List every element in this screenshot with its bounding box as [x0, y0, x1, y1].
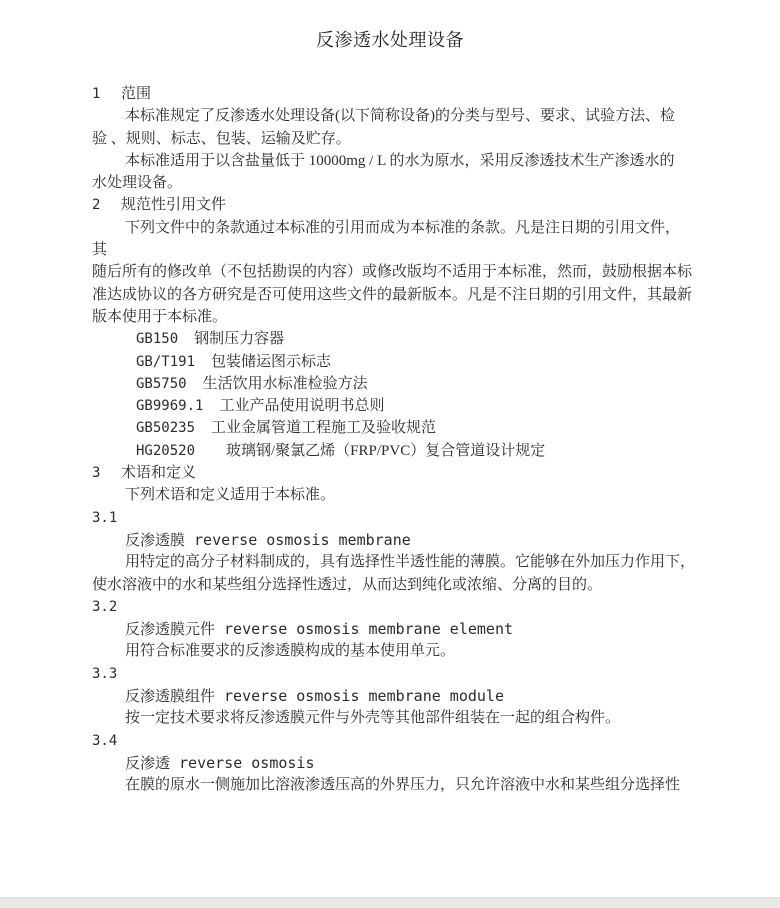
page-bottom-edge: [0, 897, 780, 908]
document-page: 反渗透水处理设备 1范围 本标准规定了反渗透水处理设备(以下简称设备)的分类与型…: [0, 0, 780, 908]
term-zh: 反渗透膜元件: [125, 622, 215, 638]
term-title: 反渗透膜元件reverse osmosis membrane element: [92, 618, 694, 640]
term-zh: 反渗透膜: [125, 533, 185, 549]
reference-code: GB9969.1: [136, 398, 203, 414]
paragraph-line: 下列术语和定义适用于本标准。: [92, 484, 694, 506]
term-zh: 反渗透: [125, 756, 170, 772]
reference-code: HG20520: [136, 443, 195, 459]
section-3-title: 术语和定义: [121, 465, 196, 481]
term-en: reverse osmosis membrane element: [224, 620, 513, 638]
section-3-heading: 3术语和定义: [92, 462, 694, 484]
term-number: 3.3: [92, 663, 694, 685]
section-1-title: 范围: [121, 86, 151, 102]
paragraph-line: 下列文件中的条款通过本标准的引用而成为本标准的条款。凡是注日期的引用文件，: [92, 217, 694, 239]
reference-name: 包装储运图示标志: [211, 354, 331, 370]
paragraph-line: 验 、规则、标志、包装、运输及贮存。: [92, 128, 694, 150]
paragraph-line: 本标准规定了反渗透水处理设备(以下简称设备)的分类与型号、要求、试验方法、检: [92, 105, 694, 127]
reference-item: GB/T191包装储运图示标志: [92, 351, 694, 373]
definition-line: 按一定技术要求将反渗透膜元件与外壳等其他部件组装在一起的组合构件。: [92, 707, 694, 729]
definition-line: 使水溶液中的水和某些组分选择性透过，从而达到纯化或浓缩、分离的目的。: [92, 574, 694, 596]
reference-item: HG20520 玻璃钢/聚氯乙烯（FRP/PVC）复合管道设计规定: [92, 440, 694, 462]
term-title: 反渗透reverse osmosis: [92, 752, 694, 774]
term-title: 反渗透膜组件reverse osmosis membrane module: [92, 685, 694, 707]
reference-code: GB5750: [136, 376, 187, 392]
paragraph-line: 版本使用于本标准。: [92, 306, 694, 328]
section-1-number: 1: [92, 83, 121, 105]
definition-line: 在膜的原水一侧施加比溶液渗透压高的外界压力，只允许溶液中水和某些组分选择性: [92, 774, 694, 796]
term-number: 3.4: [92, 730, 694, 752]
reference-code: GB150: [136, 331, 178, 347]
paragraph-line: 随后所有的修改单（不包括勘误的内容）或修改版均不适用于本标准，然而，鼓励根据本标: [92, 261, 694, 283]
section-2-number: 2: [92, 194, 121, 216]
reference-name: 工业产品使用说明书总则: [219, 398, 384, 414]
term-en: reverse osmosis membrane: [194, 531, 411, 549]
reference-name: 玻璃钢/聚氯乙烯（FRP/PVC）复合管道设计规定: [211, 443, 545, 459]
term-en: reverse osmosis: [179, 754, 314, 772]
paragraph-line: 准达成协议的各方研究是否可使用这些文件的最新版本。凡是不注日期的引用文件，其最新: [92, 284, 694, 306]
paragraph-line: 水处理设备。: [92, 172, 694, 194]
term-en: reverse osmosis membrane module: [224, 687, 504, 705]
term-number: 3.1: [92, 507, 694, 529]
paragraph-line: 其: [92, 239, 694, 261]
section-2-title: 规范性引用文件: [121, 197, 226, 213]
reference-item: GB150钢制压力容器: [92, 328, 694, 350]
reference-name: 工业金属管道工程施工及验收规范: [211, 420, 436, 436]
reference-code: GB/T191: [136, 354, 195, 370]
reference-code: GB50235: [136, 420, 195, 436]
definition-line: 用符合标准要求的反渗透膜构成的基本使用单元。: [92, 640, 694, 662]
term-number: 3.2: [92, 596, 694, 618]
definition-line: 用特定的高分子材料制成的，具有选择性半透性能的薄膜。它能够在外加压力作用下，: [92, 551, 694, 573]
reference-name: 生活饮用水标准检验方法: [203, 376, 368, 392]
section-1-heading: 1范围: [92, 83, 694, 105]
reference-item: GB50235工业金属管道工程施工及验收规范: [92, 417, 694, 439]
term-zh: 反渗透膜组件: [125, 689, 215, 705]
section-2-heading: 2规范性引用文件: [92, 194, 694, 216]
reference-item: GB9969.1工业产品使用说明书总则: [92, 395, 694, 417]
document-body: 1范围 本标准规定了反渗透水处理设备(以下简称设备)的分类与型号、要求、试验方法…: [0, 83, 780, 797]
reference-item: GB5750生活饮用水标准检验方法: [92, 373, 694, 395]
term-title: 反渗透膜reverse osmosis membrane: [92, 529, 694, 551]
paragraph-line: 本标准适用于以含盐量低于 10000mg / L 的水为原水，采用反渗透技术生产…: [92, 150, 694, 172]
document-title: 反渗透水处理设备: [0, 0, 780, 53]
section-3-number: 3: [92, 462, 121, 484]
reference-name: 钢制压力容器: [194, 331, 284, 347]
